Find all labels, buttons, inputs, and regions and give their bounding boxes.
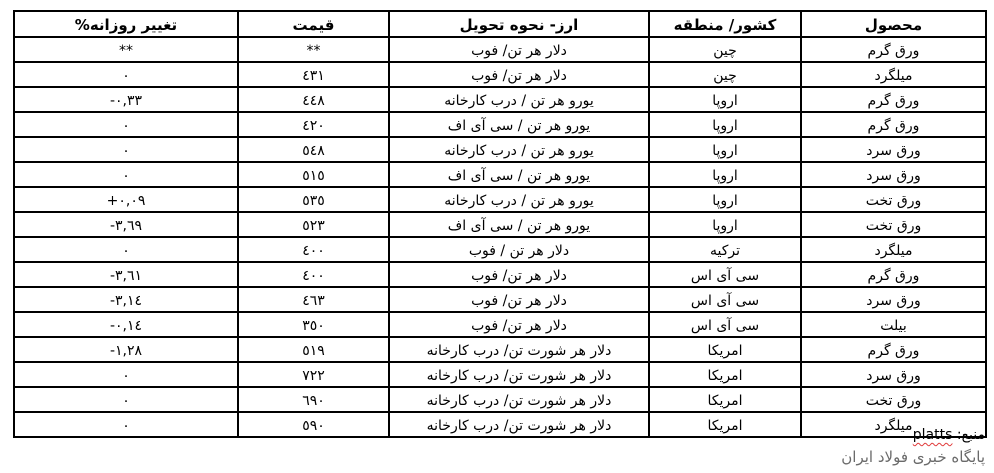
table-row: بیلت سی آی اس دلار هر تن/ فوب ٣٥٠ -٠,١٤ xyxy=(14,312,986,337)
cell-price: ٤٤٨ xyxy=(238,87,389,112)
cell-price: ٥١٩ xyxy=(238,337,389,362)
cell-daily-change: ** xyxy=(14,37,238,62)
cell-product: ورق تخت xyxy=(801,387,986,412)
cell-price: ٤٠٠ xyxy=(238,262,389,287)
cell-region: امریکا xyxy=(649,337,801,362)
cell-price: ٥٤٨ xyxy=(238,137,389,162)
cell-daily-change: +٠,٠٩ xyxy=(14,187,238,212)
cell-daily-change: ٠ xyxy=(14,387,238,412)
source-value: platts xyxy=(913,427,953,443)
cell-delivery: دلار هر تن/ فوب xyxy=(389,287,649,312)
cell-region: اروپا xyxy=(649,187,801,212)
cell-daily-change: -٣,٦٩ xyxy=(14,212,238,237)
cell-delivery: دلار هر شورت تن/ درب کارخانه xyxy=(389,362,649,387)
cell-delivery: دلار هر تن/ فوب xyxy=(389,262,649,287)
cell-region: چین xyxy=(649,62,801,87)
cell-price: ٥٩٠ xyxy=(238,412,389,437)
cell-price: ٣٥٠ xyxy=(238,312,389,337)
cell-price: ٥١٥ xyxy=(238,162,389,187)
cell-delivery: یورو هر تن / سی آی اف xyxy=(389,162,649,187)
table-row: ورق گرم اروپا یورو هر تن / درب کارخانه ٤… xyxy=(14,87,986,112)
cell-delivery: دلار هر تن / فوب xyxy=(389,237,649,262)
header-region: کشور/ منطقه xyxy=(649,11,801,37)
cell-price: ٤٠٠ xyxy=(238,237,389,262)
source-label: منبع: xyxy=(957,427,985,443)
steel-price-table: محصول کشور/ منطقه ارز- نحوه تحویل قیمت ت… xyxy=(13,10,987,438)
source-line: منبع: platts xyxy=(913,427,985,443)
header-product: محصول xyxy=(801,11,986,37)
cell-product: ورق تخت xyxy=(801,212,986,237)
cell-daily-change: -١,٢٨ xyxy=(14,337,238,362)
cell-price: ٤٦٣ xyxy=(238,287,389,312)
cell-region: اروپا xyxy=(649,87,801,112)
cell-product: میلگرد xyxy=(801,237,986,262)
cell-product: ورق گرم xyxy=(801,262,986,287)
site-name: پایگاه خبری فولاد ایران xyxy=(841,448,985,466)
table-row: ورق سرد سی آی اس دلار هر تن/ فوب ٤٦٣ -٣,… xyxy=(14,287,986,312)
cell-daily-change: ٠ xyxy=(14,237,238,262)
cell-price: ٧٢٢ xyxy=(238,362,389,387)
cell-delivery: یورو هر تن / درب کارخانه xyxy=(389,187,649,212)
table-row: ورق سرد اروپا یورو هر تن / سی آی اف ٥١٥ … xyxy=(14,162,986,187)
table-row: ورق سرد اروپا یورو هر تن / درب کارخانه ٥… xyxy=(14,137,986,162)
cell-price: ٤٣١ xyxy=(238,62,389,87)
table-row: ورق تخت اروپا یورو هر تن / سی آی اف ٥٢٣ … xyxy=(14,212,986,237)
cell-price: ** xyxy=(238,37,389,62)
cell-price: ٥٢٣ xyxy=(238,212,389,237)
cell-delivery: یورو هر تن / درب کارخانه xyxy=(389,137,649,162)
cell-delivery: دلار هر تن/ فوب xyxy=(389,62,649,87)
cell-product: ورق سرد xyxy=(801,162,986,187)
cell-region: امریکا xyxy=(649,387,801,412)
cell-delivery: دلار هر شورت تن/ درب کارخانه xyxy=(389,412,649,437)
cell-region: سی آی اس xyxy=(649,287,801,312)
table-row: ورق سرد امریکا دلار هر شورت تن/ درب کارخ… xyxy=(14,362,986,387)
table-row: میلگرد چین دلار هر تن/ فوب ٤٣١ ٠ xyxy=(14,62,986,87)
cell-delivery: دلار هر شورت تن/ درب کارخانه xyxy=(389,387,649,412)
cell-price: ٦٩٠ xyxy=(238,387,389,412)
cell-daily-change: ٠ xyxy=(14,412,238,437)
cell-daily-change: ٠ xyxy=(14,362,238,387)
cell-daily-change: -٠,٣٣ xyxy=(14,87,238,112)
cell-delivery: دلار هر تن/ فوب xyxy=(389,37,649,62)
price-table-container: محصول کشور/ منطقه ارز- نحوه تحویل قیمت ت… xyxy=(13,10,987,438)
cell-region: چین xyxy=(649,37,801,62)
header-delivery: ارز- نحوه تحویل xyxy=(389,11,649,37)
header-row: محصول کشور/ منطقه ارز- نحوه تحویل قیمت ت… xyxy=(14,11,986,37)
cell-daily-change: -٠,١٤ xyxy=(14,312,238,337)
cell-region: سی آی اس xyxy=(649,312,801,337)
cell-delivery: دلار هر شورت تن/ درب کارخانه xyxy=(389,337,649,362)
table-row: میلگرد ترکیه دلار هر تن / فوب ٤٠٠ ٠ xyxy=(14,237,986,262)
cell-region: ترکیه xyxy=(649,237,801,262)
cell-daily-change: ٠ xyxy=(14,137,238,162)
cell-product: بیلت xyxy=(801,312,986,337)
cell-product: ورق سرد xyxy=(801,287,986,312)
cell-price: ٥٣٥ xyxy=(238,187,389,212)
cell-daily-change: -٣,٦١ xyxy=(14,262,238,287)
cell-price: ٤٢٠ xyxy=(238,112,389,137)
cell-daily-change: ٠ xyxy=(14,162,238,187)
table-row: ورق گرم اروپا یورو هر تن / سی آی اف ٤٢٠ … xyxy=(14,112,986,137)
page: { "table": { "headers": { "product": "مح… xyxy=(0,0,994,473)
cell-product: میلگرد xyxy=(801,62,986,87)
cell-delivery: یورو هر تن / سی آی اف xyxy=(389,112,649,137)
cell-product: ورق گرم xyxy=(801,87,986,112)
cell-daily-change: ٠ xyxy=(14,62,238,87)
cell-product: ورق گرم xyxy=(801,37,986,62)
cell-delivery: یورو هر تن / درب کارخانه xyxy=(389,87,649,112)
table-row: ورق تخت اروپا یورو هر تن / درب کارخانه ٥… xyxy=(14,187,986,212)
header-change: تغییر روزانه% xyxy=(14,11,238,37)
cell-region: اروپا xyxy=(649,137,801,162)
table-row: ورق گرم سی آی اس دلار هر تن/ فوب ٤٠٠ -٣,… xyxy=(14,262,986,287)
cell-region: سی آی اس xyxy=(649,262,801,287)
cell-product: ورق گرم xyxy=(801,112,986,137)
cell-region: اروپا xyxy=(649,162,801,187)
cell-product: ورق گرم xyxy=(801,337,986,362)
cell-region: امریکا xyxy=(649,362,801,387)
cell-daily-change: -٣,١٤ xyxy=(14,287,238,312)
cell-product: ورق تخت xyxy=(801,187,986,212)
cell-region: امریکا xyxy=(649,412,801,437)
table-row: ورق تخت امریکا دلار هر شورت تن/ درب کارخ… xyxy=(14,387,986,412)
header-price: قیمت xyxy=(238,11,389,37)
cell-region: اروپا xyxy=(649,112,801,137)
cell-daily-change: ٠ xyxy=(14,112,238,137)
table-row: میلگرد امریکا دلار هر شورت تن/ درب کارخا… xyxy=(14,412,986,437)
cell-delivery: یورو هر تن / سی آی اف xyxy=(389,212,649,237)
table-row: ورق گرم چین دلار هر تن/ فوب ** ** xyxy=(14,37,986,62)
cell-region: اروپا xyxy=(649,212,801,237)
cell-product: ورق سرد xyxy=(801,362,986,387)
cell-product: ورق سرد xyxy=(801,137,986,162)
table-row: ورق گرم امریکا دلار هر شورت تن/ درب کارخ… xyxy=(14,337,986,362)
cell-delivery: دلار هر تن/ فوب xyxy=(389,312,649,337)
